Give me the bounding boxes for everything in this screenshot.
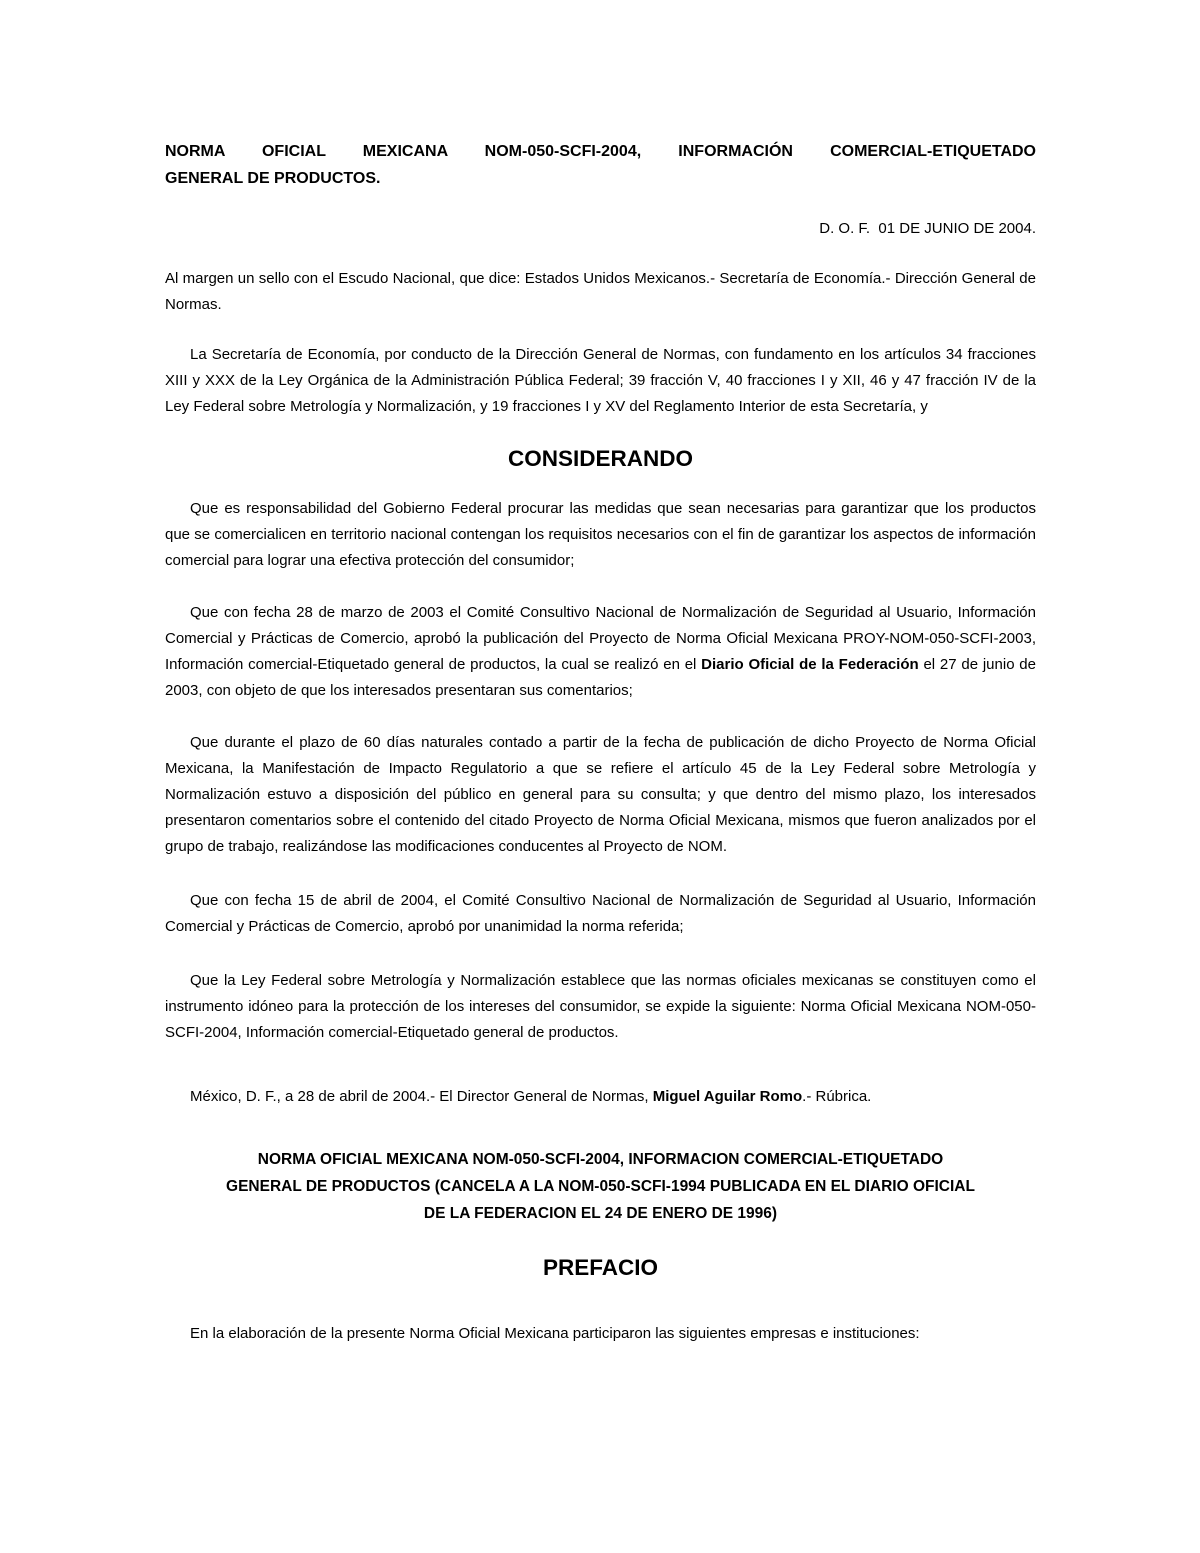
prefacio-intro-paragraph: En la elaboración de la presente Norma O… bbox=[165, 1321, 1036, 1347]
norm-full-title-line-3: DE LA FEDERACION EL 24 DE ENERO DE 1996) bbox=[165, 1200, 1036, 1227]
signature-text-post: .- Rúbrica. bbox=[802, 1088, 871, 1105]
seal-note-paragraph: Al margen un sello con el Escudo Naciona… bbox=[165, 266, 1036, 318]
recital-2-bold-dof: Diario Oficial de la Federación bbox=[701, 656, 919, 673]
document-page: NORMA OFICIAL MEXICANA NOM-050-SCFI-2004… bbox=[0, 0, 1200, 1553]
recital-3-paragraph: Que durante el plazo de 60 días naturale… bbox=[165, 730, 1036, 860]
recital-5-paragraph: Que la Ley Federal sobre Metrología y No… bbox=[165, 968, 1036, 1046]
recital-4-paragraph: Que con fecha 15 de abril de 2004, el Co… bbox=[165, 888, 1036, 940]
main-title: NORMA OFICIAL MEXICANA NOM-050-SCFI-2004… bbox=[165, 138, 1036, 192]
signature-director-name: Miguel Aguilar Romo bbox=[653, 1088, 802, 1105]
signature-text-pre: México, D. F., a 28 de abril de 2004.- E… bbox=[190, 1088, 653, 1105]
main-title-line-1: NORMA OFICIAL MEXICANA NOM-050-SCFI-2004… bbox=[165, 138, 1036, 165]
signature-line: México, D. F., a 28 de abril de 2004.- E… bbox=[165, 1084, 1036, 1110]
main-title-line-2: GENERAL DE PRODUCTOS. bbox=[165, 165, 1036, 192]
considerando-heading: CONSIDERANDO bbox=[165, 446, 1036, 472]
norm-full-title: NORMA OFICIAL MEXICANA NOM-050-SCFI-2004… bbox=[165, 1146, 1036, 1227]
dof-publication-date: D. O. F. 01 DE JUNIO DE 2004. bbox=[165, 216, 1036, 242]
document-body: NORMA OFICIAL MEXICANA NOM-050-SCFI-2004… bbox=[165, 138, 1036, 1347]
norm-full-title-line-1: NORMA OFICIAL MEXICANA NOM-050-SCFI-2004… bbox=[165, 1146, 1036, 1173]
recital-1-paragraph: Que es responsabilidad del Gobierno Fede… bbox=[165, 496, 1036, 574]
recital-2-paragraph: Que con fecha 28 de marzo de 2003 el Com… bbox=[165, 600, 1036, 704]
norm-full-title-line-2: GENERAL DE PRODUCTOS (CANCELA A LA NOM-0… bbox=[165, 1173, 1036, 1200]
legal-basis-paragraph: La Secretaría de Economía, por conducto … bbox=[165, 342, 1036, 420]
prefacio-heading: PREFACIO bbox=[165, 1255, 1036, 1281]
